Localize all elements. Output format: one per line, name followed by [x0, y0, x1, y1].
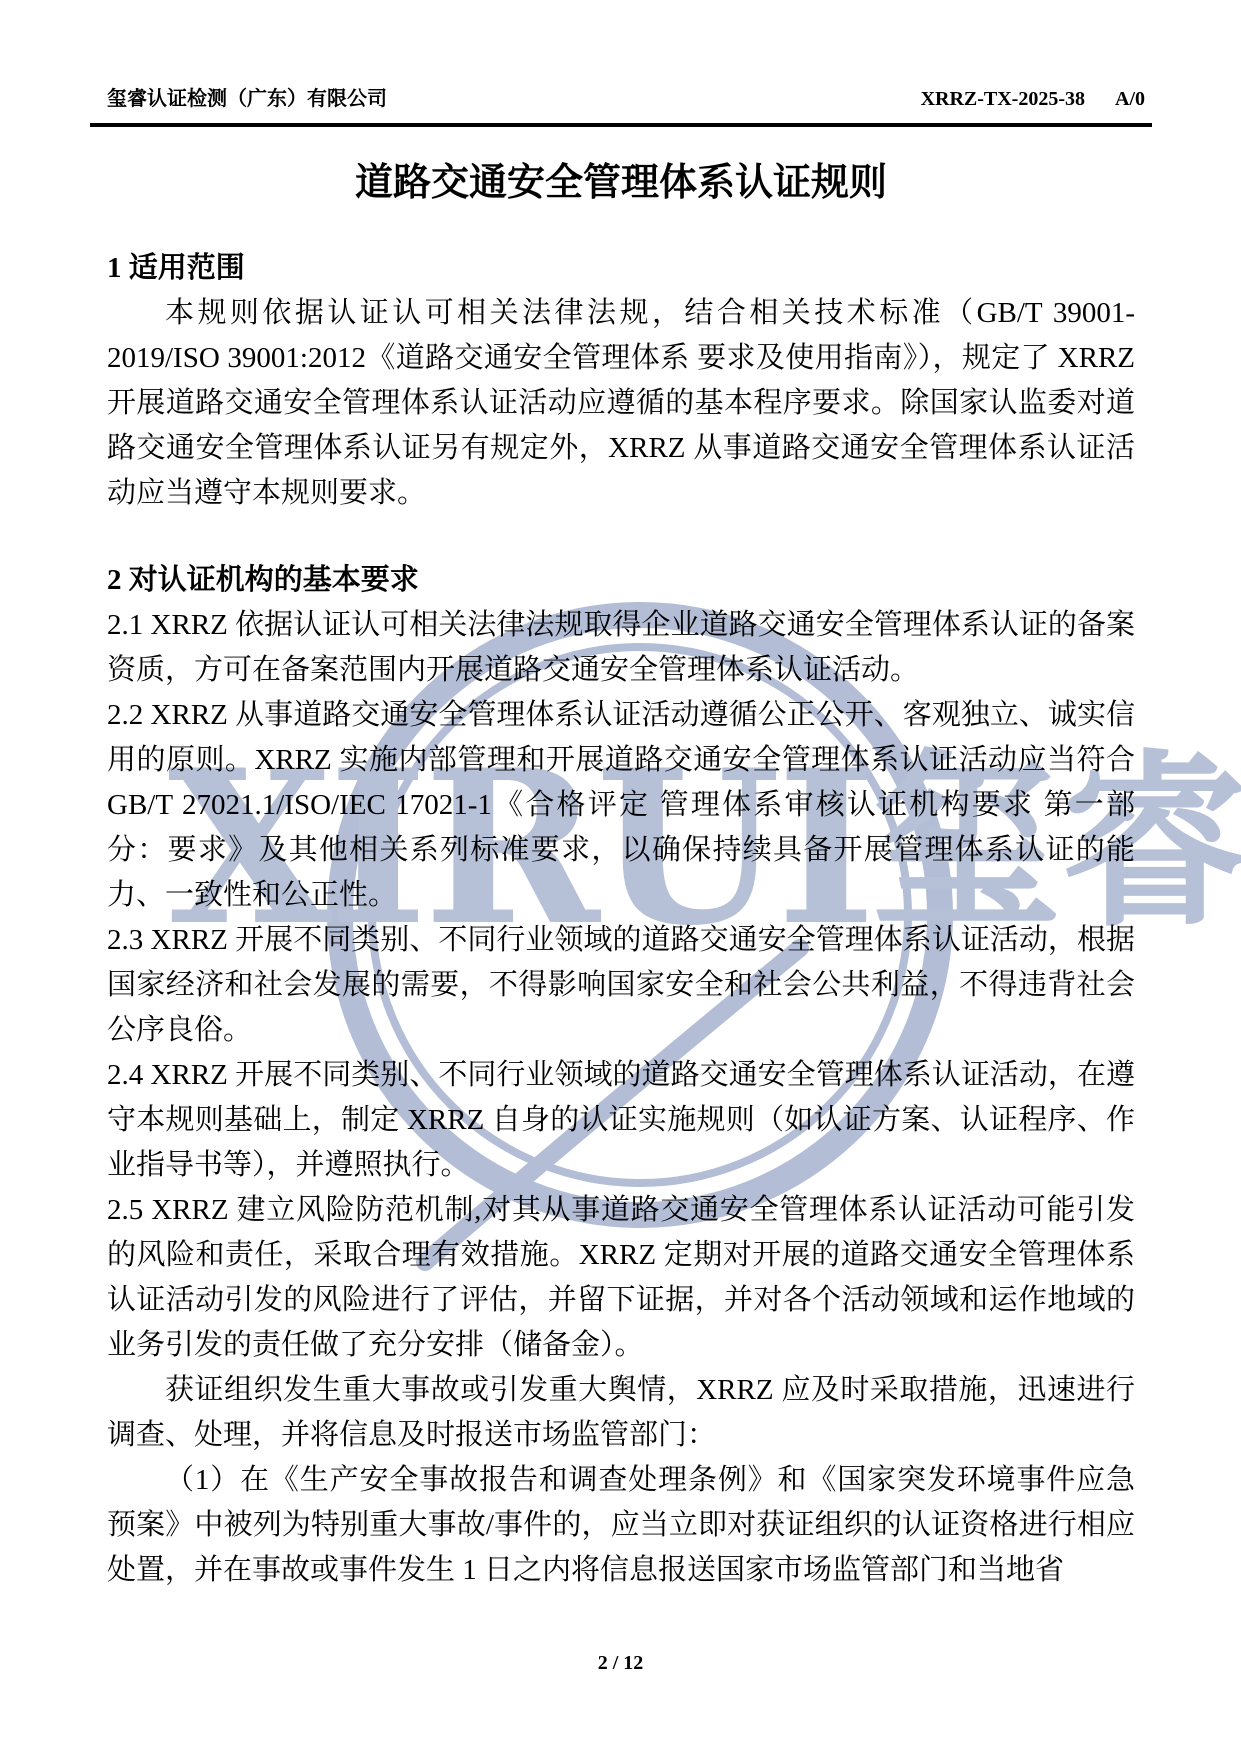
doc-code: XRRZ-TX-2025-38	[921, 88, 1085, 111]
section-1-heading: 1 适用范围	[107, 246, 1135, 291]
section-1-intro-paragraph: 本规则依据认证认可相关法律法规，结合相关技术标准（GB/T 39001-2019…	[107, 291, 1135, 516]
company-name: 玺睿认证检测（广东）有限公司	[107, 82, 387, 111]
clause-2-2-paragraph: 2.2 XRRZ 从事道路交通安全管理体系认证活动遵循公正公开、客观独立、诚实信…	[107, 693, 1135, 918]
doc-code-group: XRRZ-TX-2025-38 A/0	[921, 88, 1145, 111]
clause-2-4-paragraph: 2.4 XRRZ 开展不同类别、不同行业领域的道路交通安全管理体系认证活动，在遵…	[107, 1053, 1135, 1188]
page-number: 2 / 12	[598, 1652, 644, 1674]
clause-2-1-paragraph: 2.1 XRRZ 依据认证认可相关法律法规取得企业道路交通安全管理体系认证的备案…	[107, 603, 1135, 693]
item-1-paragraph: （1）在《生产安全事故报告和调查处理条例》和《国家突发环境事件应急预案》中被列为…	[107, 1458, 1135, 1593]
document-title: 道路交通安全管理体系认证规则	[107, 154, 1135, 212]
page-header: 玺睿认证检测（广东）有限公司 XRRZ-TX-2025-38 A/0	[107, 82, 1145, 111]
section-2-heading: 2 对认证机构的基本要求	[107, 558, 1135, 603]
clause-2-3-paragraph: 2.3 XRRZ 开展不同类别、不同行业领域的道路交通安全管理体系认证活动，根据…	[107, 918, 1135, 1053]
document-page: XIRUI玺睿 玺睿认证检测（广东）有限公司 XRRZ-TX-2025-38 A…	[0, 0, 1241, 1754]
header-rule	[90, 123, 1152, 127]
doc-revision: A/0	[1115, 88, 1145, 111]
clause-2-5-paragraph: 2.5 XRRZ 建立风险防范机制,对其从事道路交通安全管理体系认证活动可能引发…	[107, 1188, 1135, 1368]
document-body: 道路交通安全管理体系认证规则 1 适用范围 本规则依据认证认可相关法律法规，结合…	[107, 150, 1135, 1593]
page-footer: 2 / 12	[0, 1652, 1241, 1675]
incident-report-paragraph: 获证组织发生重大事故或引发重大舆情，XRRZ 应及时采取措施，迅速进行调查、处理…	[107, 1368, 1135, 1458]
